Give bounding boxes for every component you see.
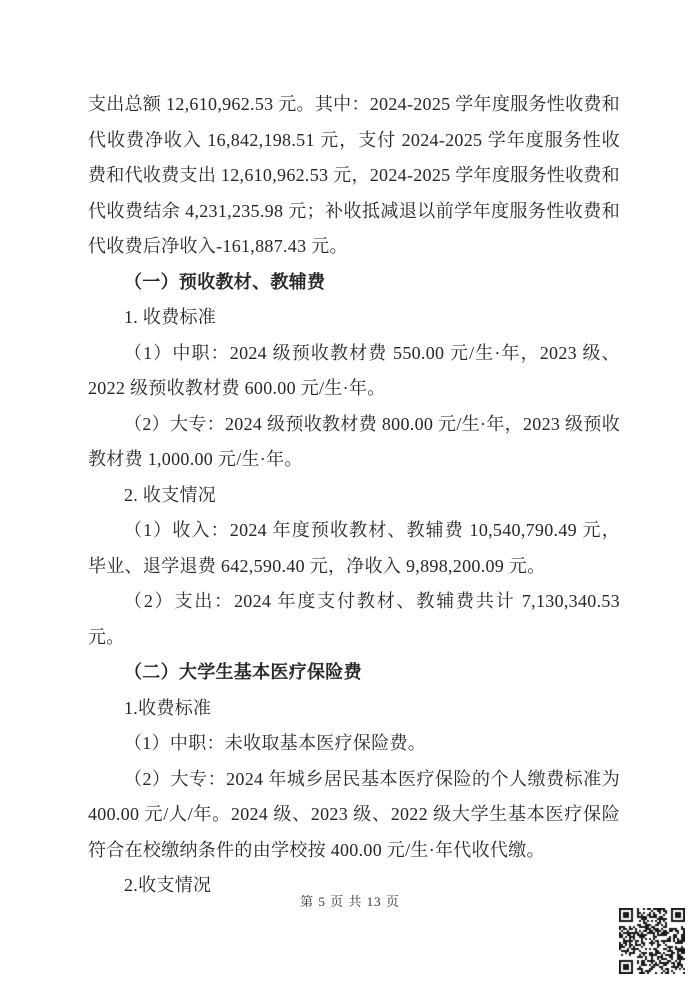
- page-number-footer: 第 5 页 共 13 页: [0, 893, 700, 911]
- section-heading: （二）大学生基本医疗保险费: [88, 655, 620, 691]
- paragraph: 1. 收费标准: [88, 300, 620, 336]
- paragraph: （1）中职：未收取基本医疗保险费。: [88, 726, 620, 762]
- paragraph: 支出总额 12,610,962.53 元。其中：2024-2025 学年度服务性…: [88, 87, 620, 265]
- paragraph: （1）中职：2024 级预收教材费 550.00 元/生·年，2023 级、20…: [88, 336, 620, 407]
- paragraph: （1）收入：2024 年度预收教材、教辅费 10,540,790.49 元，毕业…: [88, 513, 620, 584]
- section-heading: （一）预收教材、教辅费: [88, 265, 620, 301]
- document-body: 支出总额 12,610,962.53 元。其中：2024-2025 学年度服务性…: [88, 87, 620, 904]
- paragraph: （2）大专：2024 级预收教材费 800.00 元/生·年，2023 级预收教…: [88, 407, 620, 478]
- paragraph: （2）支出：2024 年度支付教材、教辅费共计 7,130,340.53 元。: [88, 584, 620, 655]
- paragraph: （2）大专：2024 年城乡居民基本医疗保险的个人缴费标准为 400.00 元/…: [88, 762, 620, 869]
- qr-code: [619, 908, 685, 974]
- paragraph: 2. 收支情况: [88, 478, 620, 514]
- paragraph: 1.收费标准: [88, 691, 620, 727]
- document-page: 支出总额 12,610,962.53 元。其中：2024-2025 学年度服务性…: [0, 0, 700, 989]
